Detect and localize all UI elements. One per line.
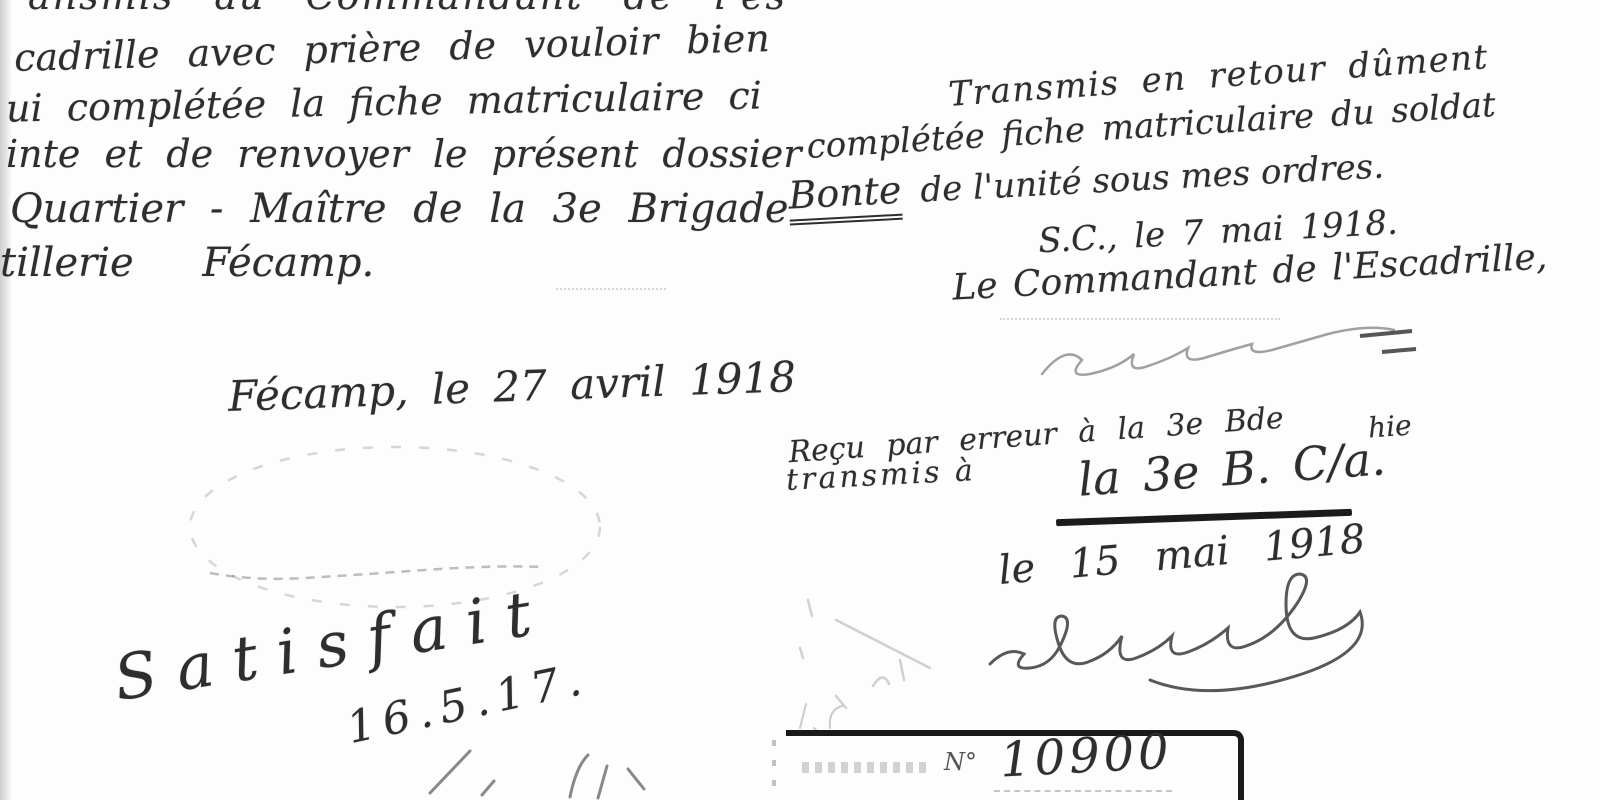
- left-line-3: ui complétée la fiche matriculaire ci: [6, 73, 763, 130]
- left-line-4: inte et de renvoyer le présent dossier: [6, 132, 801, 176]
- left-line-2: cadrille avec prière de vouloir bien: [14, 16, 771, 80]
- main-signature-scribble: [975, 572, 1395, 712]
- registration-stamp-box: N° 10900: [786, 730, 1244, 800]
- left-dateline: Fécamp, le 27 avril 1918: [227, 352, 796, 421]
- stamp-number-value: 10900: [999, 724, 1174, 789]
- right-line-3-rest: de l'unité sous mes ordres.: [919, 146, 1384, 210]
- left-line-5: Quartier - Maître de la 3e Brigade: [10, 186, 789, 232]
- stamp-left-tick-marks: [772, 740, 776, 800]
- stamp-number-label: N°: [944, 748, 977, 776]
- left-line-6: tillerie Fécamp.: [0, 240, 374, 286]
- left-line-top-cut: ansmis au Commandant de l'es: [28, 0, 787, 18]
- soldier-name-underlined: Bonte: [787, 168, 903, 226]
- faint-marks-above-box: [790, 698, 860, 732]
- faint-dotted-trace-right: [1000, 318, 1280, 320]
- faint-dotted-trace-left: [556, 288, 666, 290]
- commandant-signature-scribble: [1030, 322, 1430, 402]
- stamp-faint-printed-text: [802, 762, 930, 773]
- scanned-document: ansmis au Commandant de l'es cadrille av…: [0, 0, 1600, 800]
- stamp-number-underline: [994, 790, 1172, 792]
- bottom-cutoff-strokes: [420, 735, 680, 800]
